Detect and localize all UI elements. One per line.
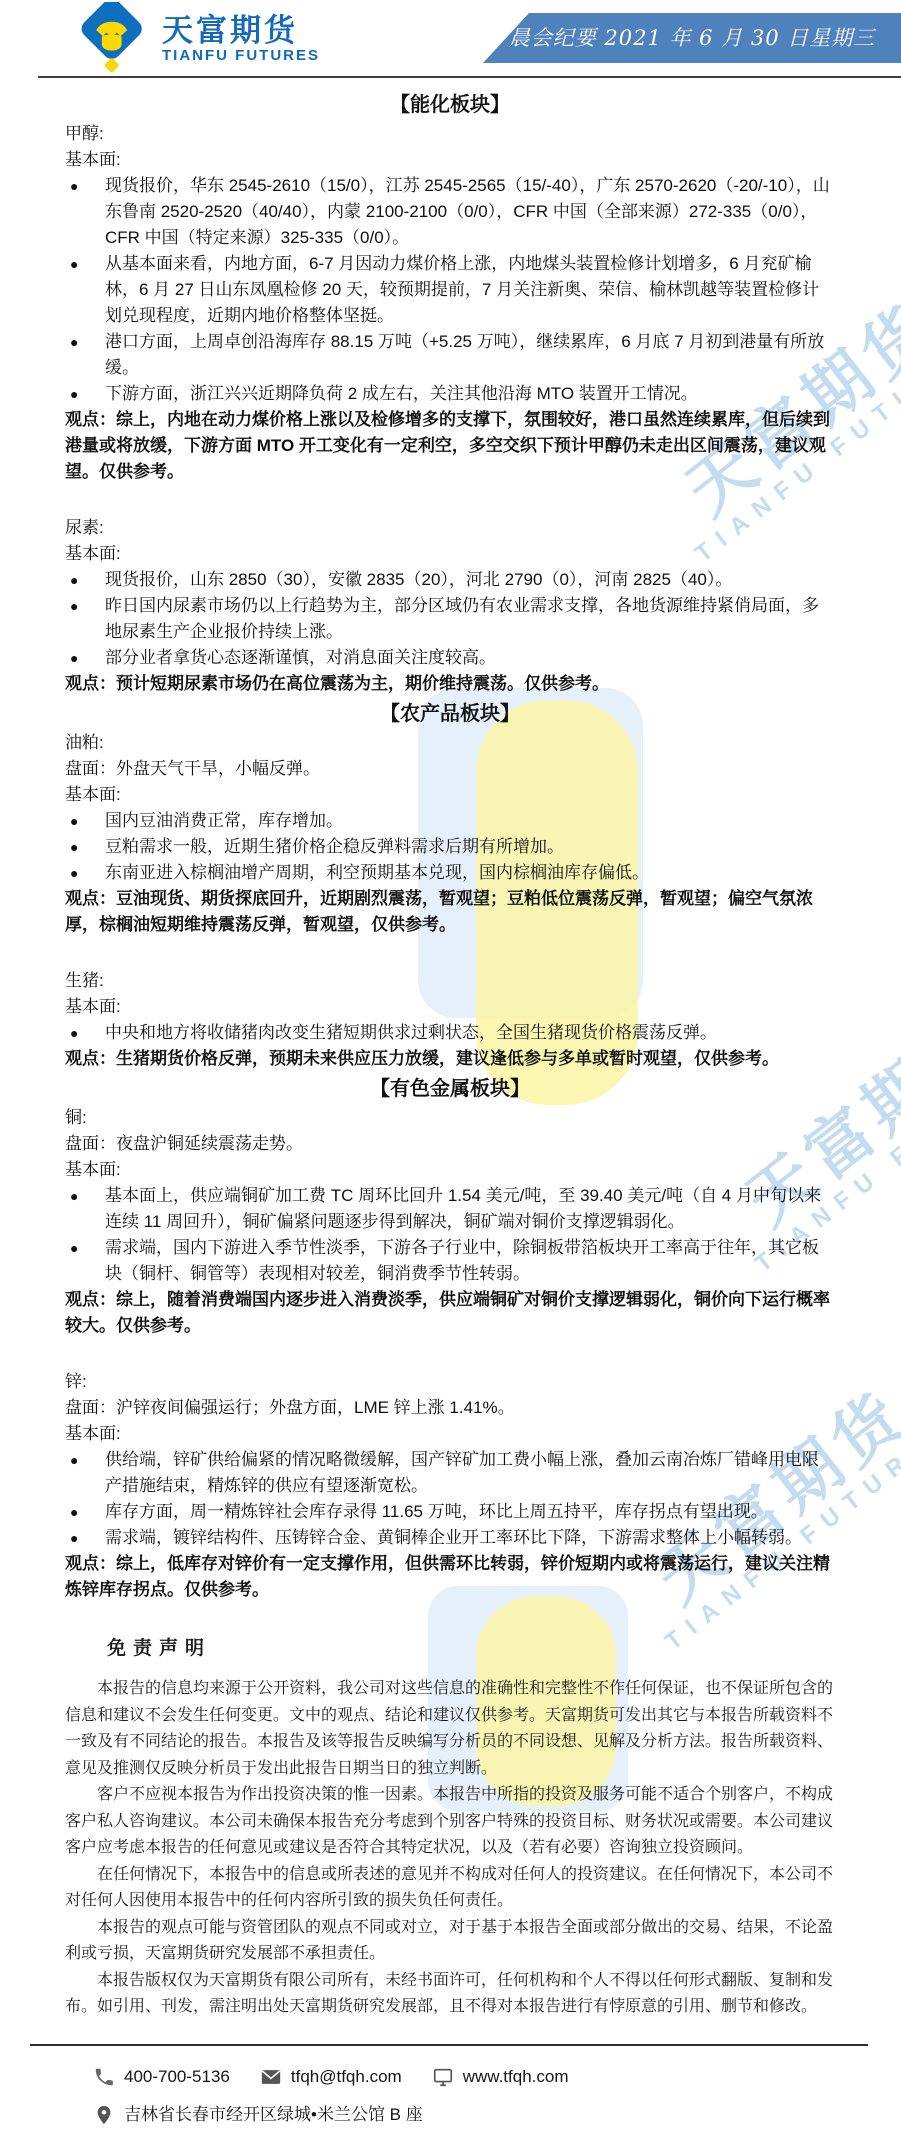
section-title-metals: 【有色金属板块】: [65, 1076, 835, 1102]
header-divider: [38, 76, 901, 78]
phone-number[interactable]: 400-700-5136: [124, 2064, 230, 2090]
report-body: 【能化板块】 甲醇: 基本面: 现货报价，华东 2545-2610（15/0），…: [0, 80, 901, 2020]
email-address[interactable]: tfqh@tfqh.com: [291, 2064, 402, 2090]
viewpoint-copper: 观点：综上，随着消费端国内逐步进入消费淡季，供应端铜矿对铜价支撑逻辑弱化，铜价向…: [65, 1287, 835, 1339]
monitor-icon: [432, 2066, 454, 2088]
section-title-energy: 【能化板块】: [65, 92, 835, 118]
bullet-item: 从基本面来看，内地方面，6-7 月因动力煤价格上涨，内地煤头装置检修计划增多，6…: [65, 251, 835, 329]
disclaimer-paragraph: 在任何情况下，本报告中的信息或所表述的意见并不构成对任何人的投资建议。在任何情况…: [65, 1861, 835, 1914]
fundamentals-label: 基本面:: [65, 1421, 835, 1447]
company-logo: 天富期货 TIANFU FUTURES: [70, 2, 320, 78]
viewpoint-oil-meal: 观点：豆油现货、期货探底回升，近期剧烈震荡，暂观望；豆粕低位震荡反弹，暂观望；偏…: [65, 886, 835, 938]
copper-bullets: 基本面上，供应端铜矿加工费 TC 周环比回升 1.54 美元/吨，至 39.40…: [65, 1183, 835, 1287]
commodity-name-urea: 尿素:: [65, 515, 835, 541]
disclaimer-paragraph: 本报告版权仅为天富期货有限公司所有，未经书面许可，任何机构和个人不得以任何形式翻…: [65, 1967, 835, 2020]
bullet-item: 部分业者拿货心态逐渐谨慎，对消息面关注度较高。: [65, 645, 835, 671]
email-group: tfqh@tfqh.com: [260, 2064, 402, 2090]
report-header: 天富期货 TIANFU FUTURES 晨会纪要 2021 年 6 月 30 日…: [0, 0, 901, 80]
bullet-item: 库存方面，周一精炼锌社会库存录得 11.65 万吨，环比上周五持平，库存拐点有望…: [65, 1499, 835, 1525]
zinc-bullets: 供给端，锌矿供给偏紧的情况略微缓解，国产锌矿加工费小幅上涨，叠加云南冶炼厂错峰用…: [65, 1447, 835, 1551]
disclaimer-paragraph: 本报告的信息均来源于公开资料，我公司对这些信息的准确性和完整性不作任何保证，也不…: [65, 1675, 835, 1781]
meeting-banner: 晨会纪要 2021 年 6 月 30 日星期三: [483, 13, 901, 63]
viewpoint-zinc: 观点：综上，低库存对锌价有一定支撑作用，但供需环比转弱，锌价短期内或将震荡运行，…: [65, 1551, 835, 1603]
report-page: 天富期货 TIANFU FUTURES 天富期货 TIANFU FUTURES …: [0, 0, 901, 2142]
bullet-item: 需求端，国内下游进入季节性淡季，下游各子行业中，除铜板带箔板块开工率高于往年，其…: [65, 1235, 835, 1287]
address-row: 吉林省长春市经开区绿城•米兰公馆 B 座: [0, 2090, 901, 2128]
bullet-item: 中央和地方将收储猪肉改变生猪短期供求过剩状态，全国生猪现货价格震荡反弹。: [65, 1020, 835, 1046]
bullet-item: 供给端，锌矿供给偏紧的情况略微缓解，国产锌矿加工费小幅上涨，叠加云南冶炼厂错峰用…: [65, 1447, 835, 1499]
bullet-item: 现货报价，华东 2545-2610（15/0），江苏 2545-2565（15/…: [65, 173, 835, 251]
market-line-oil-meal: 盘面：外盘天气干旱，小幅反弹。: [65, 756, 835, 782]
disclaimer-paragraph: 客户不应视本报告为作出投资决策的惟一因素。本报告中所指的投资及服务可能不适合个别…: [65, 1781, 835, 1861]
commodity-name-methanol: 甲醇:: [65, 121, 835, 147]
viewpoint-urea: 观点：预计短期尿素市场仍在高位震荡为主，期价维持震荡。仅供参考。: [65, 671, 835, 697]
oil-meal-bullets: 国内豆油消费正常，库存增加。 豆粕需求一般，近期生猪价格企稳反弹料需求后期有所增…: [65, 808, 835, 886]
brand-name-cn: 天富期货: [162, 15, 320, 47]
brand-name-en: TIANFU FUTURES: [162, 47, 320, 65]
commodity-name-zinc: 锌:: [65, 1369, 835, 1395]
fundamentals-label: 基本面:: [65, 994, 835, 1020]
bullet-item: 豆粕需求一般，近期生猪价格企稳反弹料需求后期有所增加。: [65, 834, 835, 860]
bullet-item: 东南亚进入棕榈油增产周期，利空预期基本兑现，国内棕榈油库存偏低。: [65, 860, 835, 886]
report-footer: 400-700-5136 tfqh@tfqh.com: [0, 2044, 901, 2142]
bullet-item: 昨日国内尿素市场仍以上行趋势为主，部分区域仍有农业需求支撑，各地货源维持紧俏局面…: [65, 593, 835, 645]
fundamentals-label: 基本面:: [65, 782, 835, 808]
fundamentals-label: 基本面:: [65, 1157, 835, 1183]
website-url[interactable]: www.tfqh.com: [463, 2064, 569, 2090]
fundamentals-label: 基本面:: [65, 541, 835, 567]
email-icon: [260, 2066, 282, 2088]
commodity-name-oil-meal: 油粕:: [65, 730, 835, 756]
company-address: 吉林省长春市经开区绿城•米兰公馆 B 座: [124, 2102, 423, 2128]
urea-bullets: 现货报价，山东 2850（30），安徽 2835（20），河北 2790（0），…: [65, 567, 835, 671]
disclaimer-title: 免责声明: [107, 1635, 835, 1661]
bullet-item: 港口方面，上周卓创沿海库存 88.15 万吨（+5.25 万吨），继续累库，6 …: [65, 329, 835, 381]
location-pin-icon: [93, 2104, 115, 2126]
website-group: www.tfqh.com: [432, 2064, 569, 2090]
disclaimer-paragraph: 本报告的观点可能与资管团队的观点不同或对立，对于基于本报告全面或部分做出的交易、…: [65, 1914, 835, 1967]
disclaimer-section: 免责声明 本报告的信息均来源于公开资料，我公司对这些信息的准确性和完整性不作任何…: [65, 1635, 835, 2020]
market-line-zinc: 盘面：沪锌夜间偏强运行；外盘方面，LME 锌上涨 1.41%。: [65, 1395, 835, 1421]
commodity-name-copper: 铜:: [65, 1105, 835, 1131]
bullet-item: 基本面上，供应端铜矿加工费 TC 周环比回升 1.54 美元/吨，至 39.40…: [65, 1183, 835, 1235]
viewpoint-methanol: 观点：综上，内地在动力煤价格上涨以及检修增多的支撑下，氛围较好，港口虽然连续累库…: [65, 407, 835, 485]
tianfu-logo-icon: [70, 2, 152, 78]
viewpoint-hogs: 观点：生猪期货价格反弹，预期未来供应压力放缓，建议逢低参与多单或暂时观望，仅供参…: [65, 1046, 835, 1072]
commodity-name-hogs: 生猪:: [65, 968, 835, 994]
methanol-bullets: 现货报价，华东 2545-2610（15/0），江苏 2545-2565（15/…: [65, 173, 835, 407]
phone-icon: [93, 2066, 115, 2088]
contact-row: 400-700-5136 tfqh@tfqh.com: [0, 2046, 901, 2090]
hogs-bullets: 中央和地方将收储猪肉改变生猪短期供求过剩状态，全国生猪现货价格震荡反弹。: [65, 1020, 835, 1046]
section-title-agriculture: 【农产品板块】: [65, 701, 835, 727]
phone-group: 400-700-5136: [93, 2064, 230, 2090]
fundamentals-label: 基本面:: [65, 147, 835, 173]
market-line-copper: 盘面：夜盘沪铜延续震荡走势。: [65, 1131, 835, 1157]
bullet-item: 现货报价，山东 2850（30），安徽 2835（20），河北 2790（0），…: [65, 567, 835, 593]
bullet-item: 下游方面，浙江兴兴近期降负荷 2 成左右，关注其他沿海 MTO 装置开工情况。: [65, 381, 835, 407]
bullet-item: 国内豆油消费正常，库存增加。: [65, 808, 835, 834]
brand-text: 天富期货 TIANFU FUTURES: [162, 15, 320, 65]
bullet-item: 需求端，镀锌结构件、压铸锌合金、黄铜棒企业开工率环比下降，下游需求整体上小幅转弱…: [65, 1525, 835, 1551]
